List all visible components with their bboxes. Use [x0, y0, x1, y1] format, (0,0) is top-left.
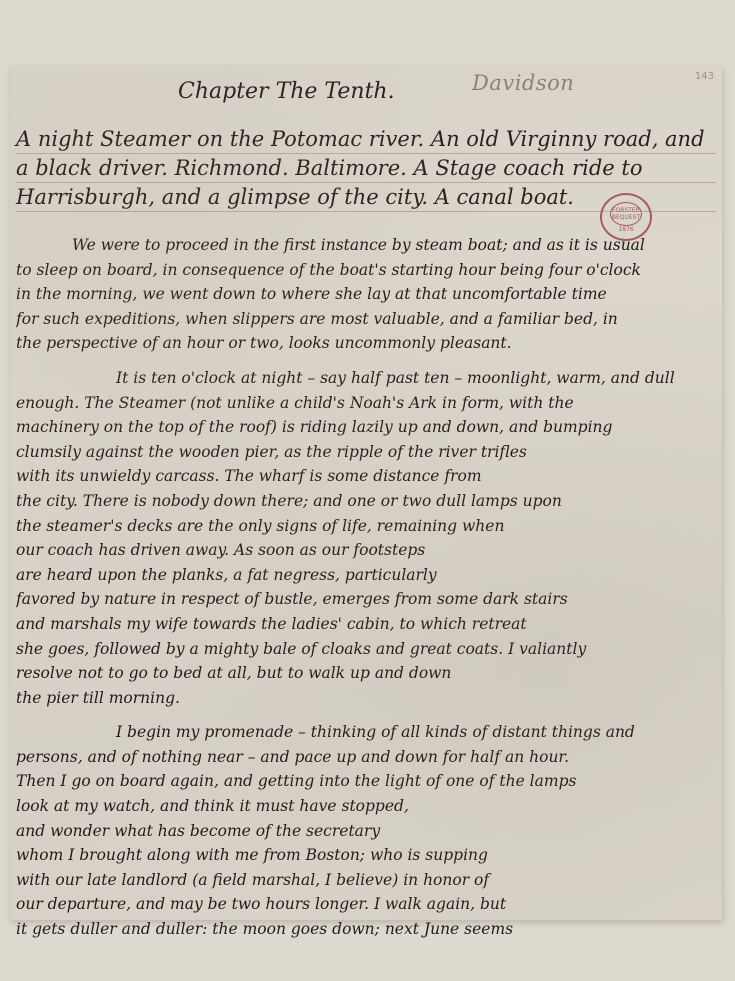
- manuscript-line: machinery on the top of the roof) is rid…: [16, 415, 720, 440]
- manuscript-line: the pier till morning.: [16, 686, 720, 711]
- folio-number: 143: [695, 71, 714, 82]
- manuscript-line: are heard upon the planks, a fat negress…: [16, 563, 720, 588]
- stamp-line: BEQUEST: [612, 214, 640, 221]
- manuscript-line: the perspective of an hour or two, looks…: [16, 331, 720, 356]
- manuscript-line: the steamer's decks are the only signs o…: [16, 514, 720, 539]
- chapter-heading: Chapter The Tenth.: [178, 79, 395, 104]
- manuscript-line: Then I go on board again, and getting in…: [16, 769, 720, 794]
- manuscript-page: 143 Davidson Chapter The Tenth. A night …: [10, 65, 722, 920]
- manuscript-line: she goes, followed by a mighty bale of c…: [16, 637, 720, 662]
- paragraph-3: I begin my promenade – thinking of all k…: [16, 720, 720, 941]
- paragraph-1: We were to proceed in the first instance…: [16, 233, 720, 356]
- manuscript-line: It is ten o'clock at night – say half pa…: [16, 366, 720, 391]
- stamp-year: 1876: [618, 226, 633, 233]
- manuscript-line: resolve not to go to bed at all, but to …: [16, 661, 720, 686]
- manuscript-line: We were to proceed in the first instance…: [16, 233, 720, 258]
- manuscript-line: I begin my promenade – thinking of all k…: [16, 720, 720, 745]
- pencil-annotation: Davidson: [472, 71, 574, 95]
- manuscript-line: with our late landlord (a field marshal,…: [16, 868, 720, 893]
- paragraph-2: It is ten o'clock at night – say half pa…: [16, 366, 720, 710]
- manuscript-line: it gets duller and duller: the moon goes…: [16, 917, 720, 942]
- manuscript-line: favored by nature in respect of bustle, …: [16, 587, 720, 612]
- stamp-line: FORSTER: [612, 207, 640, 214]
- manuscript-line: enough. The Steamer (not unlike a child'…: [16, 391, 720, 416]
- manuscript-line: our departure, and may be two hours long…: [16, 892, 720, 917]
- manuscript-line: persons, and of nothing near – and pace …: [16, 745, 720, 770]
- manuscript-line: clumsily against the wooden pier, as the…: [16, 440, 720, 465]
- manuscript-line: in the morning, we went down to where sh…: [16, 282, 720, 307]
- manuscript-line: the city. There is nobody down there; an…: [16, 489, 720, 514]
- manuscript-line: to sleep on board, in consequence of the…: [16, 258, 720, 283]
- manuscript-line: and marshals my wife towards the ladies'…: [16, 612, 720, 637]
- manuscript-line: and wonder what has become of the secret…: [16, 819, 720, 844]
- manuscript-line: look at my watch, and think it must have…: [16, 794, 720, 819]
- manuscript-line: with its unwieldy carcass. The wharf is …: [16, 464, 720, 489]
- manuscript-line: whom I brought along with me from Boston…: [16, 843, 720, 868]
- manuscript-body: We were to proceed in the first instance…: [16, 233, 720, 942]
- manuscript-line: our coach has driven away. As soon as ou…: [16, 538, 720, 563]
- manuscript-line: for such expeditions, when slippers are …: [16, 307, 720, 332]
- stamp-inner: FORSTER BEQUEST: [610, 202, 642, 226]
- summary-line: a black driver. Richmond. Baltimore. A S…: [16, 154, 716, 183]
- summary-line: A night Steamer on the Potomac river. An…: [16, 125, 716, 154]
